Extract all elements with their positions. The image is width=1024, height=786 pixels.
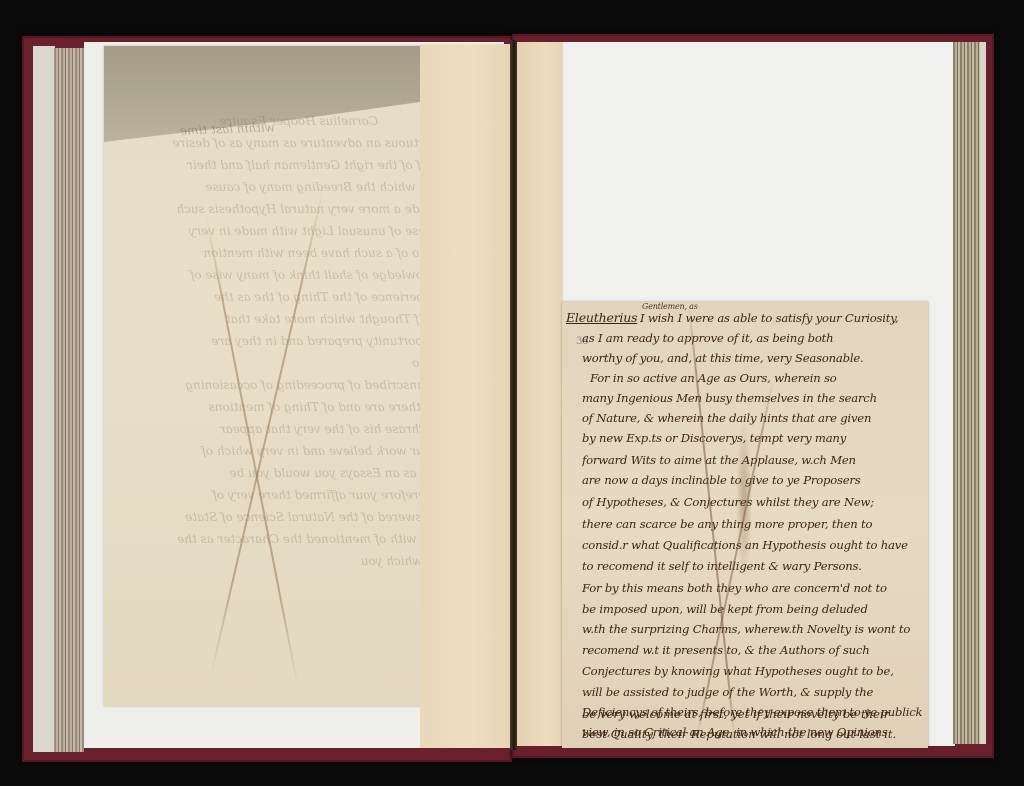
ms-line: I wish I were as able to satisfy your Cu… <box>640 311 928 325</box>
verso-line: Answered of the Natural Science of State <box>108 506 438 528</box>
ms-line: be very welcome at first, yet if their n… <box>582 707 926 721</box>
verso-line: vartuous an adventure as many as of desi… <box>108 132 438 154</box>
verso-heading: Cornelius Hooper Esquire <box>108 110 438 132</box>
manuscript-text: Gentlemen, as Eleutherius 38 I wish I we… <box>562 302 928 748</box>
ms-line: of Hypotheses, & Conjectures whilst they… <box>582 495 926 509</box>
endpaper-left <box>33 46 55 752</box>
verso-line: Transcribed of proceeding of occasioning <box>108 374 438 396</box>
ms-line: there can scarce be any thing more prope… <box>582 517 926 531</box>
verso-line: self of the right Gentleman half and the… <box>108 154 438 176</box>
ms-line: consid.r what Qualifications an Hypothes… <box>582 538 926 552</box>
ms-line: of Nature, & wherein the daily hints tha… <box>582 411 926 425</box>
endpaper-right <box>980 42 986 744</box>
ms-line: many Ingenious Men busy themselves in th… <box>582 391 926 405</box>
page-edges-left <box>54 48 84 752</box>
verso-line: a Phrase his of the very that appear <box>108 418 438 440</box>
speaker-name: Eleutherius <box>566 310 637 325</box>
verso-line: for as an Essays you would you be <box>108 462 438 484</box>
ms-line: will be assisted to judge of the Worth, … <box>582 685 926 699</box>
ms-line: w.th the surprizing Charms, wherew.th No… <box>582 622 926 636</box>
verso-line: for with of mentioned the Character as t… <box>108 528 438 550</box>
verso-line: Self Thought which more take that <box>108 308 438 330</box>
verso-line: Also <box>108 352 438 374</box>
ms-line: For by this means both they who are conc… <box>582 581 926 595</box>
verso-line: me which the Breeding many of cause <box>108 176 438 198</box>
ms-line: as I am ready to approve of it, as being… <box>582 331 926 345</box>
page-edges-right <box>953 42 981 744</box>
verso-line: your work believe and in very which of <box>108 440 438 462</box>
guard-strip-right <box>517 42 565 746</box>
verso-line: these of unusual Light with made in very <box>108 220 438 242</box>
verso-line: Also of a such have been with mention <box>108 242 438 264</box>
ms-line: by new Exp.ts or Discoverys, tempt very … <box>582 431 926 445</box>
ms-line: recomend w.t it presents to, & the Autho… <box>582 643 926 657</box>
guard-strip-left <box>420 44 514 748</box>
verso-line: therefore your affirmed there very of <box>108 484 438 506</box>
verso-line: opportunity prepared and in they are <box>108 330 438 352</box>
ms-line: worthy of you, and, at this time, very S… <box>582 351 926 365</box>
ms-line: Conjectures by knowing what Hypotheses o… <box>582 664 926 678</box>
verso-line: made a more very natural Hypothesis such <box>108 198 438 220</box>
verso-line: knowledge of shall think of many wise of <box>108 264 438 286</box>
ms-line: best Quality, their Reputation will not … <box>582 727 926 741</box>
bleed-through-text: Cornelius Hooper Esquire vartuous an adv… <box>108 110 438 572</box>
ms-line: are now a days inclinable to give to ye … <box>582 473 926 487</box>
verso-line: experience of the Thing of the as the <box>108 286 438 308</box>
ms-line: be imposed upon, will be kept from being… <box>582 602 926 616</box>
ms-line: For in so active an Age as Ours, wherein… <box>590 371 934 385</box>
ms-line: to recomend it self to intelligent & war… <box>582 559 926 573</box>
